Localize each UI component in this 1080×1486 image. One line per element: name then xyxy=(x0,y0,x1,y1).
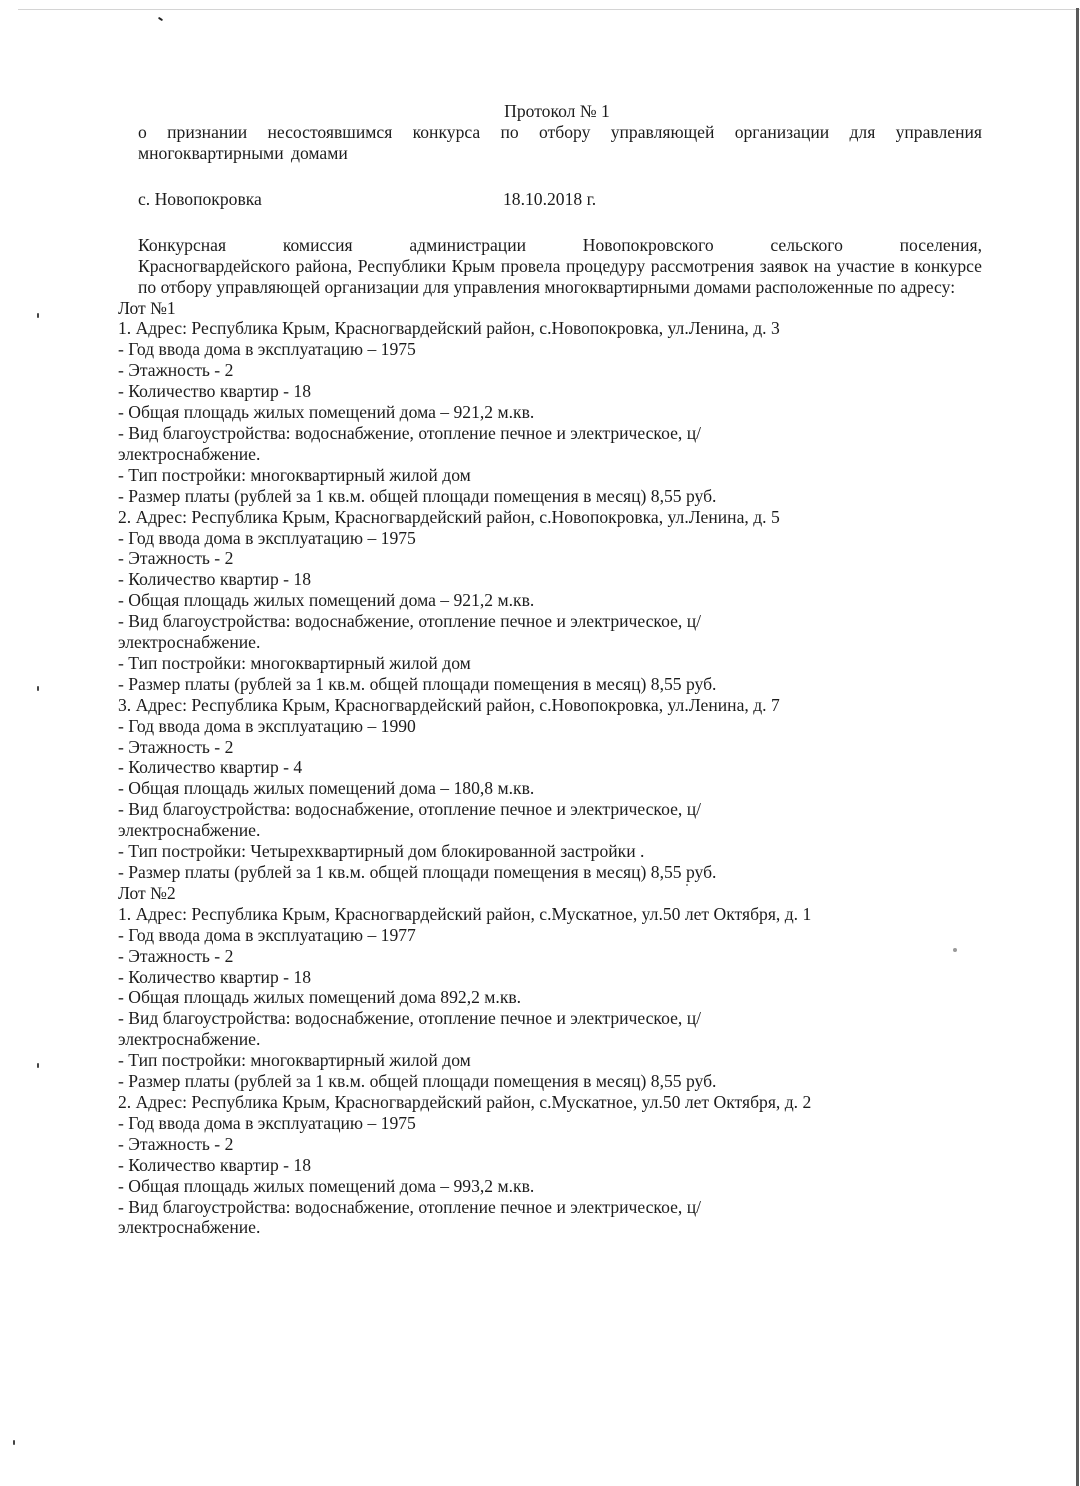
apartment-count: - Количество квартир - 18 xyxy=(118,569,982,590)
apartment-count: - Количество квартир - 4 xyxy=(118,757,982,778)
living-area: - Общая площадь жилых помещений дома – 1… xyxy=(118,778,982,799)
amenities: - Вид благоустройства: водоснабжение, от… xyxy=(118,611,788,653)
apartment-count: - Количество квартир - 18 xyxy=(118,381,982,402)
commissioning-year: - Год ввода дома в эксплуатацию – 1975 xyxy=(118,1113,982,1134)
document-place: с. Новопокровка xyxy=(138,189,262,210)
floor-count: - Этажность - 2 xyxy=(118,360,982,381)
intro-rest: Красногвардейского района, Республики Кр… xyxy=(138,256,982,297)
building-type: - Тип постройки: Четырехквартирный дом б… xyxy=(118,841,982,862)
lot-title: Лот №1 xyxy=(118,298,982,319)
building-address: 3. Адрес: Республика Крым, Красногвардей… xyxy=(118,695,982,716)
amenities: - Вид благоустройства: водоснабжение, от… xyxy=(118,1008,788,1050)
document-title: Протокол № 1 xyxy=(118,100,982,122)
building-type: - Тип постройки: многоквартирный жилой д… xyxy=(118,653,982,674)
building-entry: 2. Адрес: Республика Крым, Красногвардей… xyxy=(118,1092,982,1238)
monthly-fee: - Размер платы (рублей за 1 кв.м. общей … xyxy=(118,486,982,507)
scan-speck xyxy=(158,17,163,22)
living-area: - Общая площадь жилых помещений дома – 9… xyxy=(118,1176,982,1197)
scan-edge-top xyxy=(18,9,1080,10)
building-entry: 3. Адрес: Республика Крым, Красногвардей… xyxy=(118,695,982,883)
building-address: 2. Адрес: Республика Крым, Красногвардей… xyxy=(118,1092,982,1113)
monthly-fee: - Размер платы (рублей за 1 кв.м. общей … xyxy=(118,862,982,883)
living-area: - Общая площадь жилых помещений дома – 9… xyxy=(118,590,982,611)
commissioning-year: - Год ввода дома в эксплуатацию – 1977 xyxy=(118,925,982,946)
building-address: 1. Адрес: Республика Крым, Красногвардей… xyxy=(118,904,982,925)
apartment-count: - Количество квартир - 18 xyxy=(118,967,982,988)
document-subtitle: о признании несостоявшимся конкурса по о… xyxy=(138,122,982,164)
building-type: - Тип постройки: многоквартирный жилой д… xyxy=(118,1050,982,1071)
document-page: Протокол № 1 о признании несостоявшимся … xyxy=(118,100,982,1238)
floor-count: - Этажность - 2 xyxy=(118,946,982,967)
amenities: - Вид благоустройства: водоснабжение, от… xyxy=(118,799,788,841)
scan-edge-right xyxy=(1076,8,1079,1486)
amenities: - Вид благоустройства: водоснабжение, от… xyxy=(118,1197,788,1239)
scan-speck xyxy=(37,313,39,318)
floor-count: - Этажность - 2 xyxy=(118,1134,982,1155)
building-entry: 1. Адрес: Республика Крым, Красногвардей… xyxy=(118,318,982,506)
monthly-fee: - Размер платы (рублей за 1 кв.м. общей … xyxy=(118,674,982,695)
living-area: - Общая площадь жилых помещений дома 892… xyxy=(118,987,982,1008)
intro-paragraph: Конкурсная комиссия администрации Новопо… xyxy=(138,235,982,298)
building-type: - Тип постройки: многоквартирный жилой д… xyxy=(118,465,982,486)
lot-title: Лот №2 xyxy=(118,883,982,904)
scan-speck xyxy=(37,1063,39,1068)
floor-count: - Этажность - 2 xyxy=(118,548,982,569)
intro-first-line: Конкурсная комиссия администрации Новопо… xyxy=(138,235,982,256)
monthly-fee: - Размер платы (рублей за 1 кв.м. общей … xyxy=(118,1071,982,1092)
building-entry: 2. Адрес: Республика Крым, Красногвардей… xyxy=(118,507,982,695)
building-entry: 1. Адрес: Республика Крым, Красногвардей… xyxy=(118,904,982,1092)
building-address: 1. Адрес: Республика Крым, Красногвардей… xyxy=(118,318,982,339)
living-area: - Общая площадь жилых помещений дома – 9… xyxy=(118,402,982,423)
amenities: - Вид благоустройства: водоснабжение, от… xyxy=(118,423,788,465)
commissioning-year: - Год ввода дома в эксплуатацию – 1975 xyxy=(118,528,982,549)
lots-list: Лот №11. Адрес: Республика Крым, Красног… xyxy=(118,298,982,1239)
document-date: 18.10.2018 г. xyxy=(503,189,596,210)
apartment-count: - Количество квартир - 18 xyxy=(118,1155,982,1176)
lot-section: Лот №21. Адрес: Республика Крым, Красног… xyxy=(118,883,982,1238)
building-address: 2. Адрес: Республика Крым, Красногвардей… xyxy=(118,507,982,528)
place-date-line: с. Новопокровка 18.10.2018 г. xyxy=(138,189,982,211)
scan-speck xyxy=(13,1440,15,1445)
commissioning-year: - Год ввода дома в эксплуатацию – 1990 xyxy=(118,716,982,737)
commissioning-year: - Год ввода дома в эксплуатацию – 1975 xyxy=(118,339,982,360)
lot-section: Лот №11. Адрес: Республика Крым, Красног… xyxy=(118,298,982,883)
scan-speck xyxy=(37,686,39,691)
floor-count: - Этажность - 2 xyxy=(118,737,982,758)
